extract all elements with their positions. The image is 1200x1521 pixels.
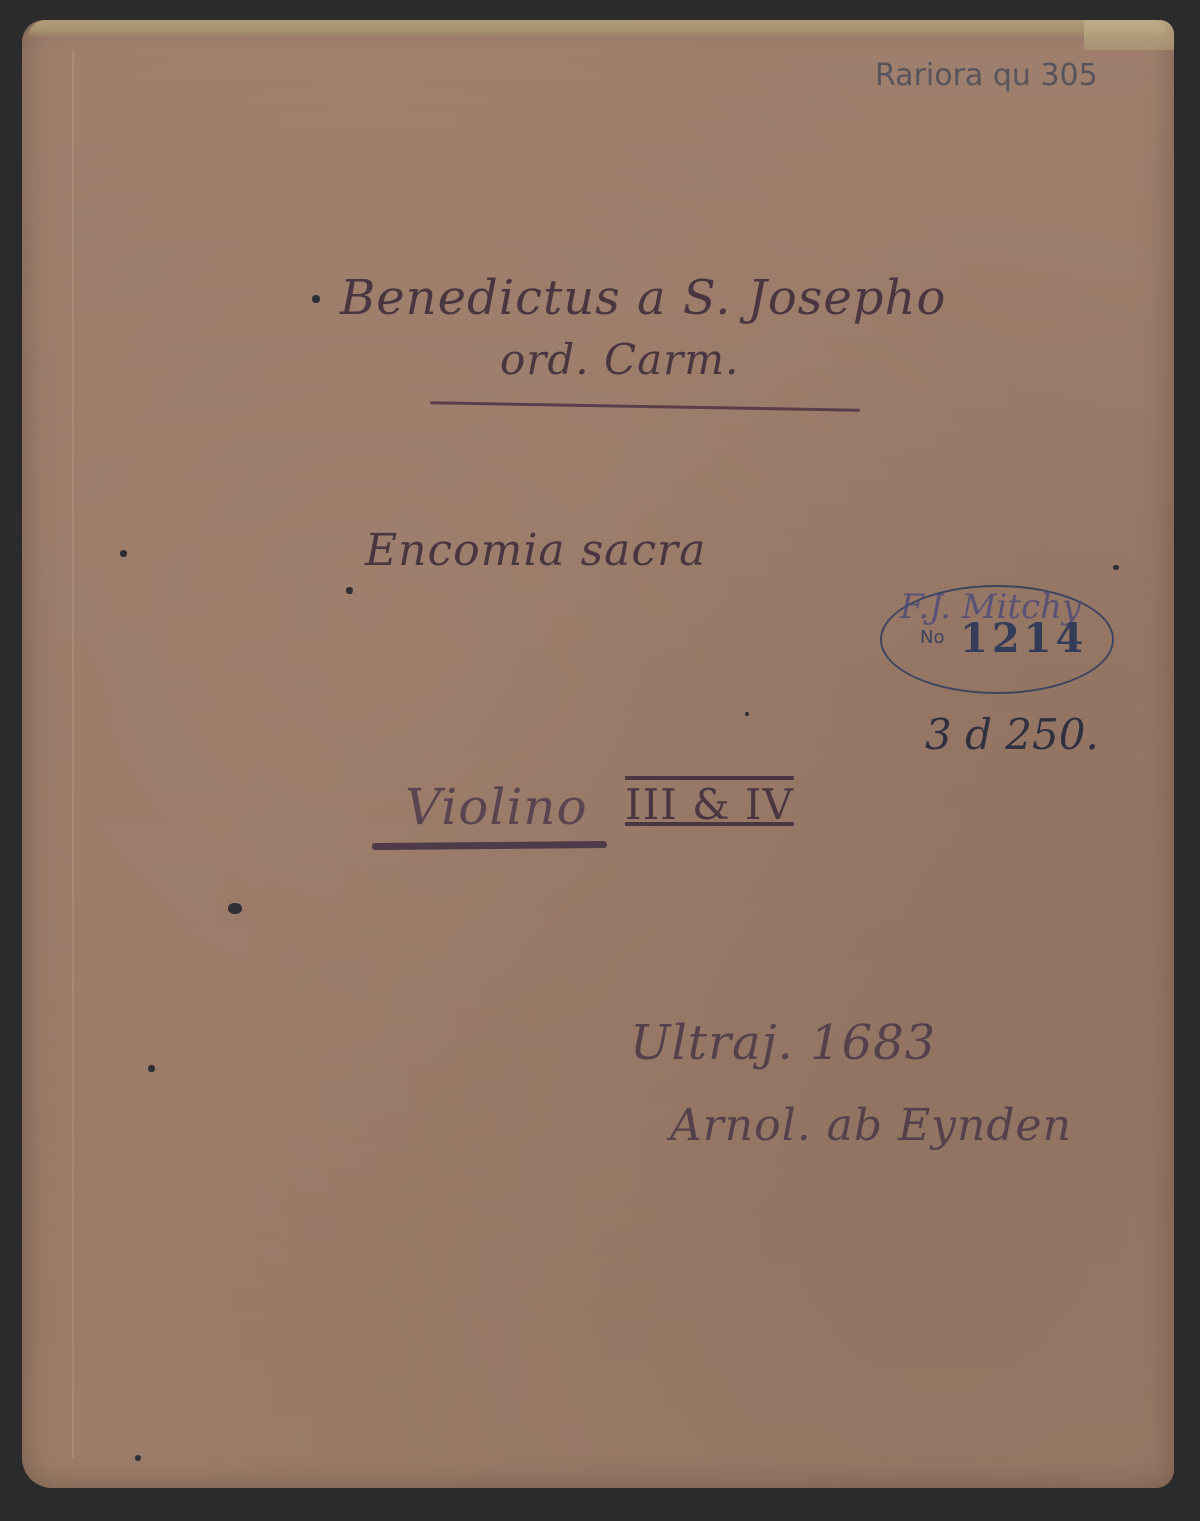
- stamp-number: 1214: [960, 615, 1087, 662]
- author-name: Benedictus a S. Josepho: [340, 270, 946, 326]
- author-order: ord. Carm.: [500, 335, 739, 384]
- ink-blot: [228, 903, 242, 914]
- ink-spot: [745, 712, 749, 716]
- library-stamp: F.J. Mitchy No 1214: [880, 585, 1114, 694]
- ink-spot: [1113, 565, 1119, 570]
- pencil-shelf-note: Rariora qu 305: [875, 58, 1098, 93]
- imprint-publisher: Arnol. ab Eynden: [670, 1100, 1072, 1151]
- spine-fold: [72, 50, 74, 1458]
- ink-spot: [312, 295, 320, 303]
- imprint-place-year: Ultraj. 1683: [630, 1015, 936, 1071]
- part-instrument: Violino: [405, 778, 588, 836]
- page-edges-top: [28, 20, 1166, 38]
- ink-spot: [148, 1065, 155, 1072]
- stamp-number-prefix: No: [920, 627, 944, 648]
- work-title: Encomia sacra: [365, 525, 706, 576]
- ink-spot: [120, 550, 127, 557]
- ink-spot: [346, 587, 353, 594]
- page-edges-corner: [1084, 20, 1174, 50]
- shelfmark: 3 d 250.: [925, 710, 1099, 759]
- part-numbers: III & IV: [625, 780, 794, 829]
- ink-spot: [135, 1455, 141, 1461]
